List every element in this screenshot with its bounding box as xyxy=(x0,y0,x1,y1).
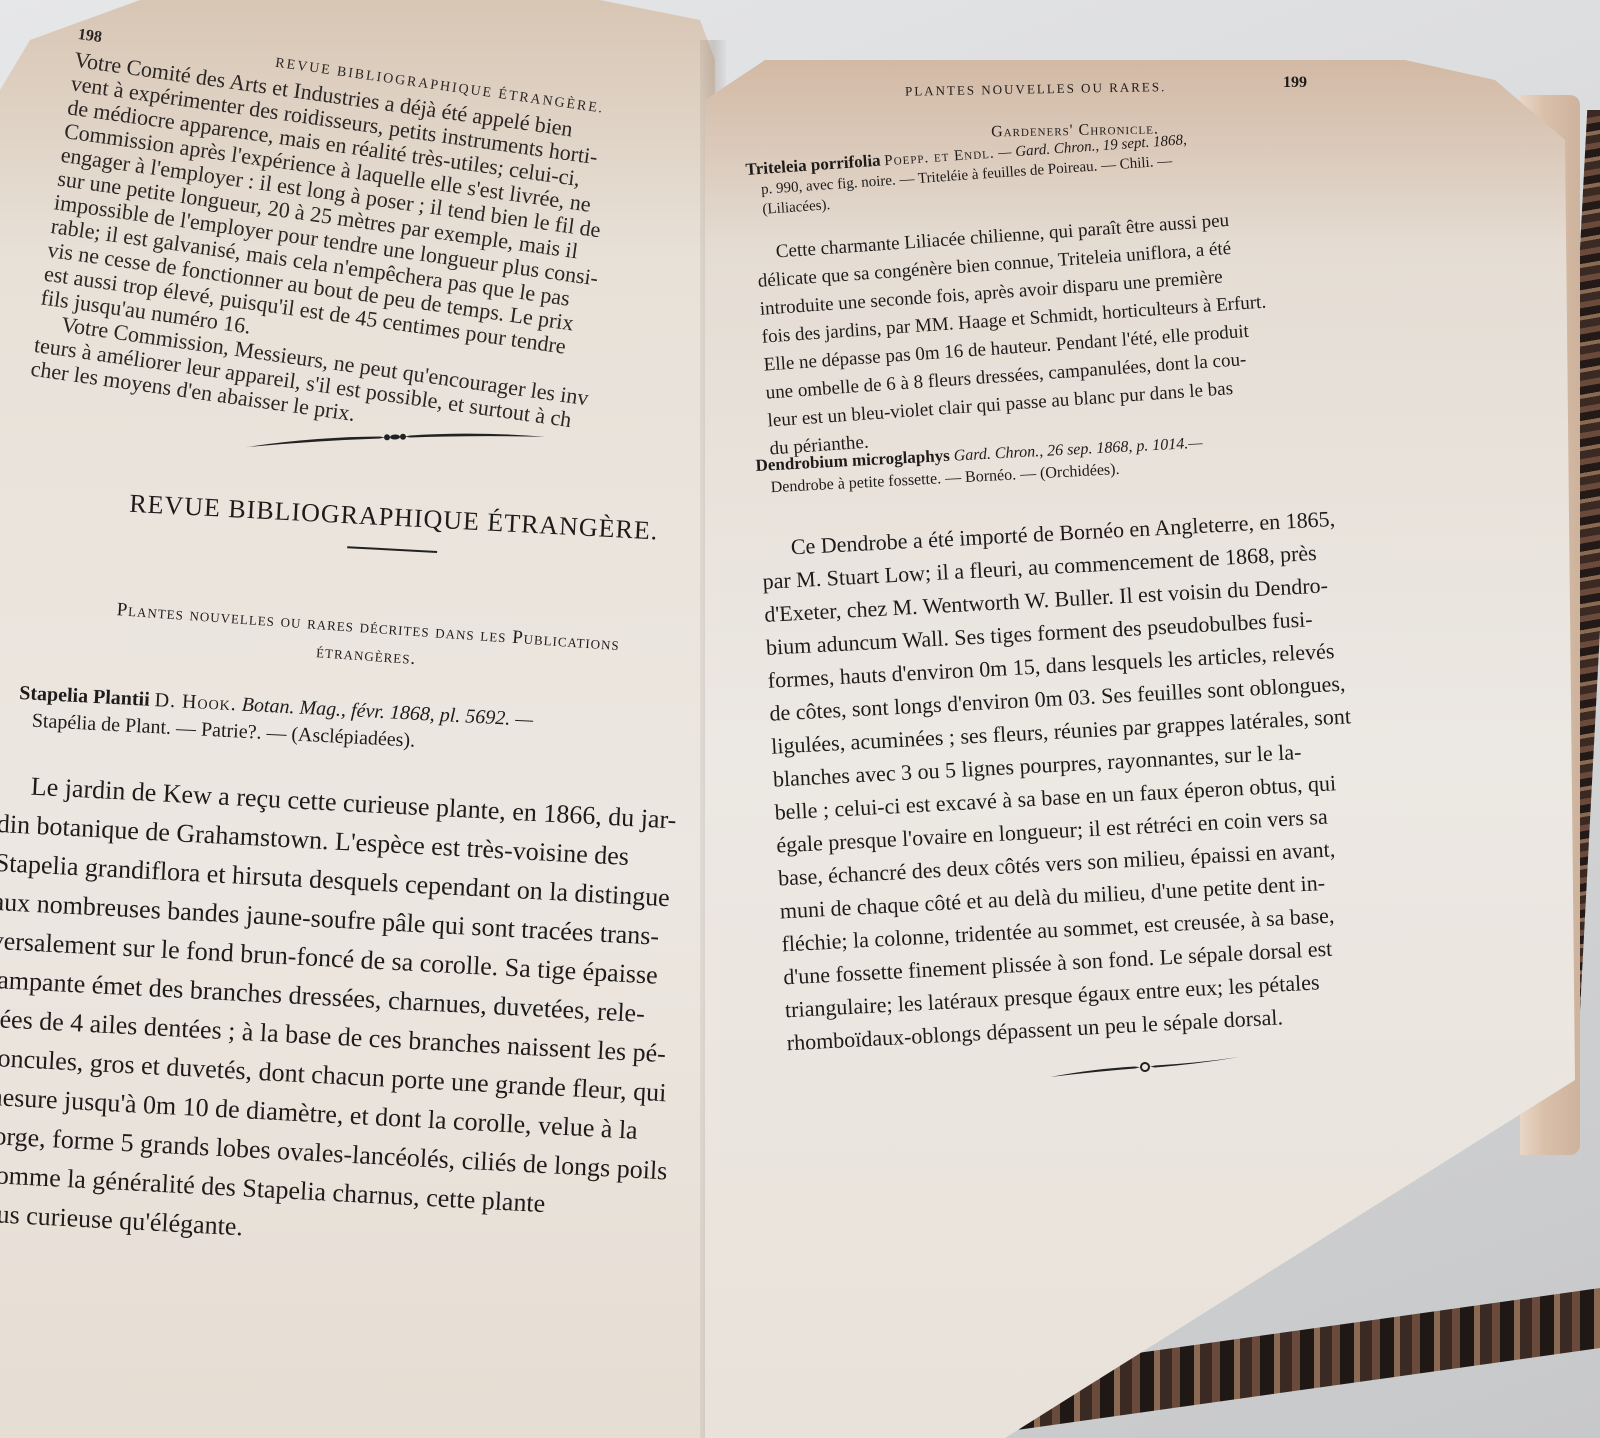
right-running-head: PLANTES NOUVELLES OU RARES. xyxy=(905,76,1325,99)
ornament-divider-icon xyxy=(1050,1055,1240,1079)
left-top-paragraph: 198 REVUE BIBLIOGRAPHIQUE ÉTRANGÈRE. Vot… xyxy=(29,20,713,470)
book-photo: 198 REVUE BIBLIOGRAPHIQUE ÉTRANGÈRE. Vot… xyxy=(0,0,1600,1438)
stapelia-description: Le jardin de Kew a reçu cette curieuse p… xyxy=(0,765,715,1271)
entry-stapelia: Stapelia Plantii D. Hook. Botan. Mag., f… xyxy=(17,680,715,772)
section-subtitle: Plantes nouvelles ou rares décrites dans… xyxy=(26,590,708,693)
title-rule xyxy=(347,546,437,553)
species-author: D. Hook. xyxy=(154,689,237,715)
right-page: PLANTES NOUVELLES OU RARES. 199 Gardener… xyxy=(705,60,1575,1438)
left-page-number: 198 xyxy=(76,23,103,50)
section-title-text: REVUE BIBLIOGRAPHIQUE ÉTRANGÈRE. xyxy=(129,489,659,546)
dendrobium-description: Ce Dendrobe a été importé de Bornéo en A… xyxy=(760,492,1547,1059)
section-title: REVUE BIBLIOGRAPHIQUE ÉTRANGÈRE. xyxy=(112,488,674,565)
right-page-number: 199 xyxy=(1283,74,1307,92)
species-name: Stapelia Plantii xyxy=(19,682,151,711)
triteleia-description: Cette charmante Liliacée chilienne, qui … xyxy=(755,195,1409,463)
left-page: 198 REVUE BIBLIOGRAPHIQUE ÉTRANGÈRE. Vot… xyxy=(0,0,715,1438)
